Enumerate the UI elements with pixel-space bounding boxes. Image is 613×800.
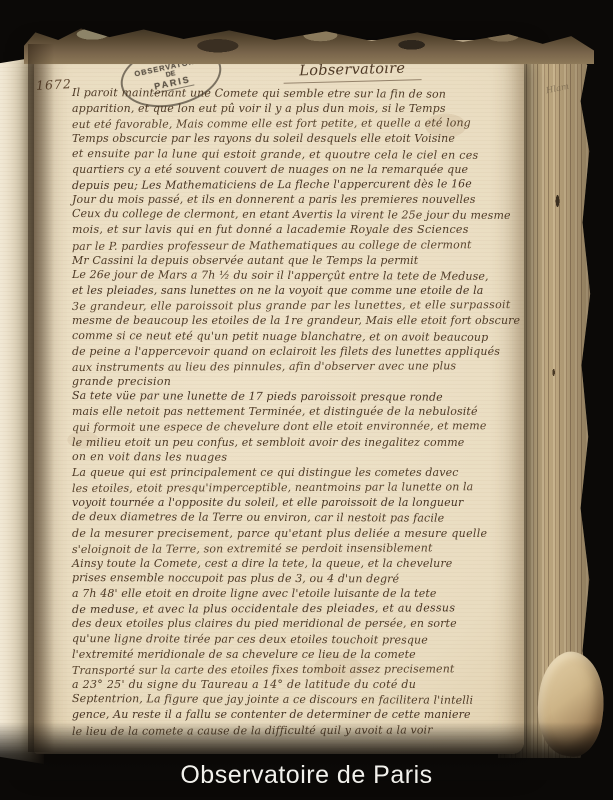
manuscript-line: s'eloignoit de la Terre, son extremité s… bbox=[72, 540, 524, 557]
manuscript-line: par le P. pardies professeur de Mathemat… bbox=[72, 237, 524, 254]
manuscript-line: a 7h 48' elle etoit en droite ligne avec… bbox=[72, 586, 524, 601]
margin-year: 1672 bbox=[36, 76, 73, 93]
manuscript-line: et ensuite par la lune qui estoit grande… bbox=[72, 146, 524, 163]
manuscript-line: le milieu etoit un peu confus, et semblo… bbox=[72, 435, 524, 450]
manuscript-line: Ainsy toute la Comete, cest a dire la te… bbox=[72, 556, 524, 571]
manuscript-line: le lieu de la comete a cause de la diffi… bbox=[72, 722, 524, 739]
manuscript-line: quartiers cy a eté souvent couvert de nu… bbox=[72, 162, 524, 177]
manuscript-line: Jour du mois passé, et ils en donnerent … bbox=[72, 192, 524, 207]
manuscript-line: des deux etoiles plus claires du pied me… bbox=[72, 616, 524, 631]
manuscript-line: Mr Cassini la depuis observée autant que… bbox=[72, 253, 524, 268]
photo-scene: OBSERVATOIRE DE PARIS Observations dune … bbox=[0, 0, 613, 800]
manuscript-line: on en voit dans les nuages bbox=[72, 449, 524, 466]
manuscript-line: mais elle netoit pas nettement Terminée,… bbox=[72, 404, 524, 419]
manuscript-line: gence, Au reste il a fallu se contenter … bbox=[72, 707, 524, 722]
manuscript-line: qu'une ligne droite tirée par ces deux e… bbox=[72, 631, 524, 648]
manuscript-line: de deux diametres de la Terre ou environ… bbox=[72, 509, 524, 526]
manuscript-line: voyoit tournée a l'opposite du soleil, e… bbox=[72, 495, 524, 510]
manuscript-line: depuis peu; Les Mathematiciens de La fle… bbox=[72, 176, 524, 193]
manuscript-line: mesme de beaucoup les etoiles de la 1re … bbox=[72, 313, 524, 328]
manuscript-line: les etoiles, etoit presqu'imperceptible,… bbox=[72, 479, 524, 496]
manuscript-line: a 23° 25' du signe du Taureau a 14° de l… bbox=[72, 677, 524, 692]
manuscript-line: de la mesurer precisement, parce qu'etan… bbox=[72, 526, 524, 541]
manuscript-line: Temps obscurcie par les rayons du soleil… bbox=[72, 131, 524, 146]
manuscript-line: prises ensemble noccupoit pas plus de 3,… bbox=[72, 570, 524, 587]
photo-caption: Observatoire de Paris bbox=[0, 761, 613, 790]
manuscript-line: Transporté sur la carte des etoiles fixe… bbox=[72, 661, 524, 678]
manuscript-line: Le 26e jour de Mars a 7h ½ du soir il l'… bbox=[72, 267, 524, 284]
manuscript-line: 3e grandeur, elle paroissoit plus grande… bbox=[72, 297, 524, 314]
manuscript-line: mois, et sur lavis qui en fut donné a la… bbox=[72, 222, 524, 237]
manuscript-line: La queue qui est principalement ce qui d… bbox=[72, 465, 524, 480]
manuscript-line: qui formoit une espece de chevelure dont… bbox=[72, 418, 524, 435]
manuscript-line: l'extremité meridionale de sa chevelure … bbox=[72, 647, 524, 662]
manuscript-line: Il paroit maintenant une Comete qui semb… bbox=[72, 85, 524, 102]
manuscript-page: OBSERVATOIRE DE PARIS Observations dune … bbox=[34, 40, 524, 754]
manuscript-line: aux instruments au lieu des pinnules, af… bbox=[72, 358, 524, 375]
manuscript-line: et les pleiades, sans lunettes on ne la … bbox=[72, 283, 524, 298]
manuscript-line: de meduse, et avec la plus occidentale d… bbox=[72, 600, 524, 617]
manuscript-line: Ceux du college de clermont, en etant Av… bbox=[72, 206, 524, 223]
worn-top-edge bbox=[24, 16, 594, 64]
manuscript-body: Il paroit maintenant une Comete qui semb… bbox=[72, 86, 524, 738]
manuscript-line: grande precision bbox=[72, 374, 524, 389]
manuscript-line: eut eté favorable, Mais comme elle est f… bbox=[72, 115, 524, 132]
manuscript-line: Septentrion, La figure que jay jointe a … bbox=[72, 691, 524, 708]
manuscript-line: comme si ce neut eté qu'un petit nuage b… bbox=[72, 328, 524, 345]
manuscript-line: apparition, et que lon eut pû voir il y … bbox=[72, 101, 524, 116]
manuscript-line: de peine a l'appercevoir quand on eclair… bbox=[72, 344, 524, 359]
manuscript-line: Sa tete vüe par une lunette de 17 pieds … bbox=[72, 388, 524, 405]
